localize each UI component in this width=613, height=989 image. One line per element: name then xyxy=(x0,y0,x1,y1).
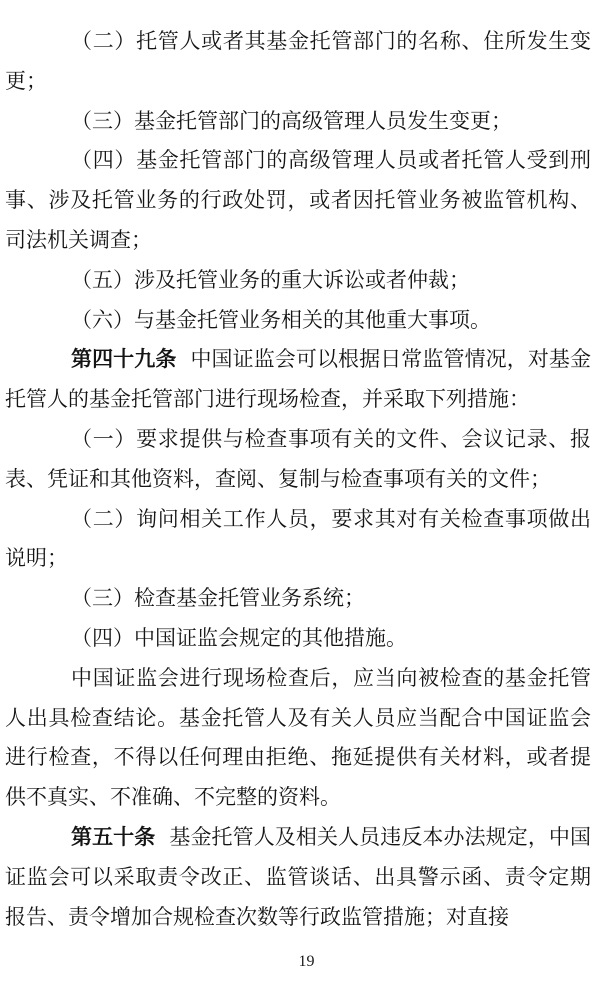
paragraph: （四）中国证监会规定的其他措施。 xyxy=(5,619,591,659)
paragraph: （二）询问相关工作人员，要求其对有关检查事项做出说明； xyxy=(5,500,591,580)
paragraph: （三）检查基金托管业务系统； xyxy=(5,579,591,619)
paragraph-text: （三）基金托管部门的高级管理人员发生变更； xyxy=(71,109,512,133)
paragraph: （一）要求提供与检查事项有关的文件、会议记录、报表、凭证和其他资料，查阅、复制与… xyxy=(5,420,591,500)
paragraph-text: （四）基金托管部门的高级管理人员或者托管人受到刑事、涉及托管业务的行政处罚，或者… xyxy=(5,148,591,252)
paragraph-text: （五）涉及托管业务的重大诉讼或者仲裁； xyxy=(71,268,470,292)
paragraph: （二）托管人或者其基金托管部门的名称、住所发生变更； xyxy=(5,22,591,102)
paragraph: （六）与基金托管业务相关的其他重大事项。 xyxy=(5,301,591,341)
document-text: （二）托管人或者其基金托管部门的名称、住所发生变更； （三）基金托管部门的高级管… xyxy=(5,22,591,937)
paragraph-text: （一）要求提供与检查事项有关的文件、会议记录、报表、凭证和其他资料，查阅、复制与… xyxy=(5,427,591,491)
paragraph: 中国证监会进行现场检查后，应当向被检查的基金托管人出具检查结论。基金托管人及有关… xyxy=(5,659,591,818)
article-number: 第四十九条 xyxy=(71,347,176,371)
article-number: 第五十条 xyxy=(71,825,155,849)
paragraph: （五）涉及托管业务的重大诉讼或者仲裁； xyxy=(5,261,591,301)
document-page: （二）托管人或者其基金托管部门的名称、住所发生变更； （三）基金托管部门的高级管… xyxy=(0,0,613,989)
paragraph-text: （三）检查基金托管业务系统； xyxy=(71,586,365,610)
paragraph-text: （六）与基金托管业务相关的其他重大事项。 xyxy=(71,308,491,332)
paragraph-text: （二）询问相关工作人员，要求其对有关检查事项做出说明； xyxy=(5,507,591,571)
paragraph: （三）基金托管部门的高级管理人员发生变更； xyxy=(5,102,591,142)
page-number: 19 xyxy=(0,953,613,971)
paragraph-text: 中国证监会进行现场检查后，应当向被检查的基金托管人出具检查结论。基金托管人及有关… xyxy=(5,666,591,809)
paragraph: （四）基金托管部门的高级管理人员或者托管人受到刑事、涉及托管业务的行政处罚，或者… xyxy=(5,141,591,260)
paragraph-text: （四）中国证监会规定的其他措施。 xyxy=(71,626,407,650)
paragraph: 第四十九条中国证监会可以根据日常监管情况，对基金托管人的基金托管部门进行现场检查… xyxy=(5,340,591,420)
paragraph-text: （二）托管人或者其基金托管部门的名称、住所发生变更； xyxy=(5,29,591,93)
paragraph: 第五十条基金托管人及相关人员违反本办法规定，中国证监会可以采取责令改正、监管谈话… xyxy=(5,818,591,937)
